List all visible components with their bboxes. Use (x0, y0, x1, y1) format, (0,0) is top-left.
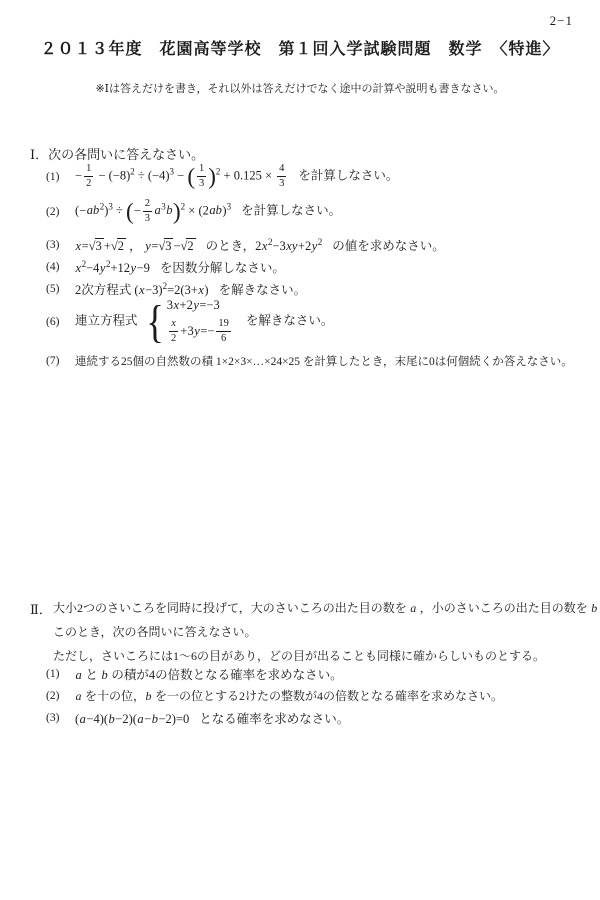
math-fraction: 196 (216, 318, 231, 345)
fraction-numerator: 19 (216, 318, 231, 331)
section1-item-3: (3)x=√3+√2 ， y=√3−√2のとき，2x2−3xy+2y2の値を求め… (46, 236, 445, 254)
math-text: −2)( (115, 712, 137, 726)
section2-item-2: (2)a を十の位，b を一の位とする2けたの整数が4の倍数となる確率を求めなさ… (46, 687, 503, 704)
fraction-denominator: 3 (143, 211, 152, 225)
math-text: − (173, 239, 180, 253)
section1-item-7: (7)連続する25個の自然数の積 1×2×3×…×24×25 を計算したとき，末… (46, 353, 573, 369)
math-text: を解きなさい。 (219, 283, 307, 297)
math-sqrt: √3 (158, 239, 173, 253)
page-title: ２０１３年度 花園高等学校 第１回入学試験問題 数学 〈特進〉 (0, 36, 600, 59)
math-text: このとき，次の各問いに答えなさい。 (53, 625, 257, 639)
math-text: の積が4の倍数となる確率を求めなさい。 (108, 668, 342, 682)
math-text: =− (200, 324, 214, 339)
math-variable: x (171, 318, 177, 329)
math-variable: a (410, 601, 417, 615)
math-text: ÷ (113, 203, 126, 217)
item-number: (4) (46, 261, 66, 273)
item-number: (2) (46, 206, 66, 218)
math-variable: xy (286, 239, 298, 253)
radicand: 2 (186, 238, 195, 253)
math-text: (− (75, 203, 86, 217)
section2-label: Ⅱ． (30, 599, 50, 664)
math-sqrt: √3 (89, 239, 104, 253)
item-number: (5) (46, 283, 66, 295)
math-text: +12 (110, 261, 130, 275)
section1-item-4: (4)x2−4y2+12y−9を因数分解しなさい。 (46, 258, 285, 276)
item-number: (7) (46, 355, 66, 367)
item-text: (−ab2)3 ÷ (−23a3b)2 × (2ab)3を計算しなさい。 (75, 198, 341, 225)
big-paren: ( (187, 164, 195, 189)
math-text: を計算しなさい。 (298, 168, 398, 182)
math-text: 大小2つのさいころを同時に投げて，大のさいころの出た目の数を (53, 601, 410, 615)
section2: Ⅱ． 大小2つのさいころを同時に投げて，大のさいころの出た目の数を a ，小のさ… (30, 599, 600, 664)
section1-item-2: (2)(−ab2)3 ÷ (−23a3b)2 × (2ab)3を計算しなさい。 (46, 198, 341, 225)
math-text: +3 (180, 324, 193, 339)
math-text: − (−8) (95, 168, 130, 182)
system-lines: 3x+2y=−3x2+3y=−196 (167, 298, 233, 345)
math-fraction: x2 (169, 318, 179, 345)
item-text: a を十の位，b を一の位とする2けたの整数が4の倍数となる確率を求めなさい。 (75, 687, 503, 704)
math-text: −3 (272, 239, 285, 253)
math-text: =2(3+ (167, 283, 198, 297)
math-text: −9 (137, 261, 150, 275)
fraction-denominator: 2 (169, 331, 179, 345)
big-paren: ) (208, 164, 216, 189)
math-text: = (82, 239, 89, 253)
math-text: +2 (298, 239, 311, 253)
item-text: x2−4y2+12y−9を因数分解しなさい。 (75, 258, 285, 276)
math-fraction: 13 (197, 163, 206, 190)
math-variable: b (145, 689, 152, 703)
math-text: を計算しなさい。 (241, 203, 341, 217)
item-text: a と b の積が4の倍数となる確率を求めなさい。 (75, 665, 343, 683)
math-exponent: 3 (227, 201, 232, 211)
section2-item-3: (3)(a−4)(b−2)(a−b−2)=0となる確率を求めなさい。 (46, 709, 349, 727)
math-text: のとき，2 (206, 239, 262, 253)
math-text: ÷ (−4) (135, 168, 170, 182)
math-text: を解きなさい。 (246, 313, 334, 327)
section1-item-1: (1)−12 − (−8)2 ÷ (−4)3 − (13)2 + 0.125 ×… (46, 163, 398, 190)
math-text: −2)=0 (158, 712, 189, 726)
page-number: 2−1 (550, 13, 573, 29)
item-text: 連続する25個の自然数の積 1×2×3×…×24×25 を計算したとき，末尾に0… (75, 353, 573, 369)
item-text: 2次方程式 (x−3)2=2(3+x)を解きなさい。 (75, 280, 306, 298)
item-text: x=√3+√2 ， y=√3−√2のとき，2x2−3xy+2y2の値を求めなさい… (75, 236, 445, 254)
fraction-numerator: 2 (143, 198, 152, 211)
equation-system: {3x+2y=−3x2+3y=−196 (144, 298, 233, 345)
math-text: − (174, 168, 187, 182)
math-sqrt: √2 (181, 239, 196, 253)
math-text: 2次方程式 ( (75, 283, 139, 297)
fraction-numerator: 1 (197, 163, 206, 176)
fraction-denominator: 6 (216, 331, 231, 345)
math-text: + 0.125 × (220, 168, 275, 182)
math-text: を一の位とする2けたの整数が4の倍数となる確率を求めなさい。 (152, 689, 503, 703)
item-number: (2) (46, 690, 66, 702)
big-paren: ) (173, 199, 181, 224)
math-text: 連立方程式 (75, 313, 141, 327)
fraction-denominator: 2 (84, 176, 93, 190)
math-variable: b (591, 601, 598, 615)
math-text: と (82, 668, 101, 682)
section2-intro-line-1: 大小2つのさいころを同時に投げて，大のさいころの出た目の数を a ，小のさいころ… (53, 599, 600, 616)
instruction-note: ※Ⅰは答えだけを書き，それ以外は答えだけでなく途中の計算や説明も書きなさい。 (0, 80, 600, 96)
math-fraction: 12 (84, 163, 93, 190)
item-text: −12 − (−8)2 ÷ (−4)3 − (13)2 + 0.125 × 43… (75, 163, 398, 190)
item-number: (3) (46, 239, 66, 251)
section1-item-5: (5)2次方程式 (x−3)2=2(3+x)を解きなさい。 (46, 280, 306, 298)
math-variable: b (166, 203, 173, 217)
section2-intro-line-3: ただし，さいころには1～6の目があり，どの目が出ることも同様に確からしいものとす… (53, 647, 600, 664)
section2-intro-line-2: このとき，次の各問いに答えなさい。 (53, 623, 600, 640)
section2-item-1: (1)a と b の積が4の倍数となる確率を求めなさい。 (46, 665, 343, 683)
fraction-numerator: 4 (277, 163, 286, 176)
item-number: (1) (46, 668, 66, 680)
fraction-numerator: x (169, 318, 179, 331)
section2-intro: 大小2つのさいころを同時に投げて，大のさいころの出た目の数を a ，小のさいころ… (53, 599, 600, 664)
math-text: となる確率を求めなさい。 (199, 712, 349, 726)
math-text: ただし，さいころには1～6の目があり，どの目が出ることも同様に確からしいものとす… (53, 649, 545, 663)
math-fraction: 23 (143, 198, 152, 225)
fraction-denominator: 3 (197, 176, 206, 190)
math-exponent: 2 (318, 237, 323, 247)
math-text: ) (204, 283, 208, 297)
math-text: −4)( (86, 712, 108, 726)
math-text: − (134, 203, 141, 217)
exam-page: 2−1 ２０１３年度 花園高等学校 第１回入学試験問題 数学 〈特進〉 ※Ⅰは答… (0, 0, 600, 900)
radicand: 2 (117, 238, 126, 253)
math-variable: ab (86, 203, 100, 217)
math-text: の値を求めなさい。 (332, 239, 445, 253)
system-line: x2+3y=−196 (167, 318, 233, 345)
math-text: を十の位， (82, 689, 145, 703)
math-text: − (75, 168, 82, 182)
math-text: 連続する25個の自然数の積 1×2×3×…×24×25 を計算したとき，末尾に0… (75, 356, 573, 368)
item-number: (6) (46, 316, 66, 328)
math-text: =−3 (199, 298, 219, 313)
math-text: −4 (86, 261, 99, 275)
math-text: を因数分解しなさい。 (160, 261, 285, 275)
math-text: ， (126, 239, 145, 253)
big-paren: ( (126, 199, 134, 224)
item-text: 連立方程式 {3x+2y=−3x2+3y=−196を解きなさい。 (75, 298, 333, 345)
math-text: +2 (180, 298, 193, 313)
math-text: × (2 (185, 203, 209, 217)
radicand: 3 (95, 238, 104, 253)
fraction-numerator: 1 (84, 163, 93, 176)
fraction-denominator: 3 (277, 176, 286, 190)
math-sqrt: √2 (111, 239, 126, 253)
section1-heading: Ⅰ．次の各問いに答えなさい。 (30, 144, 204, 163)
math-variable: ab (209, 203, 223, 217)
item-number: (1) (46, 171, 66, 183)
math-fraction: 43 (277, 163, 286, 190)
section1-item-6: (6)連立方程式 {3x+2y=−3x2+3y=−196を解きなさい。 (46, 298, 333, 345)
item-number: (3) (46, 712, 66, 724)
math-variable: a (75, 689, 82, 703)
math-text: ，小のさいころの出た目の数を (417, 601, 591, 615)
brace-icon: { (146, 301, 164, 342)
system-line: 3x+2y=−3 (167, 298, 233, 313)
item-text: (a−4)(b−2)(a−b−2)=0となる確率を求めなさい。 (75, 709, 349, 727)
math-text: + (104, 239, 111, 253)
